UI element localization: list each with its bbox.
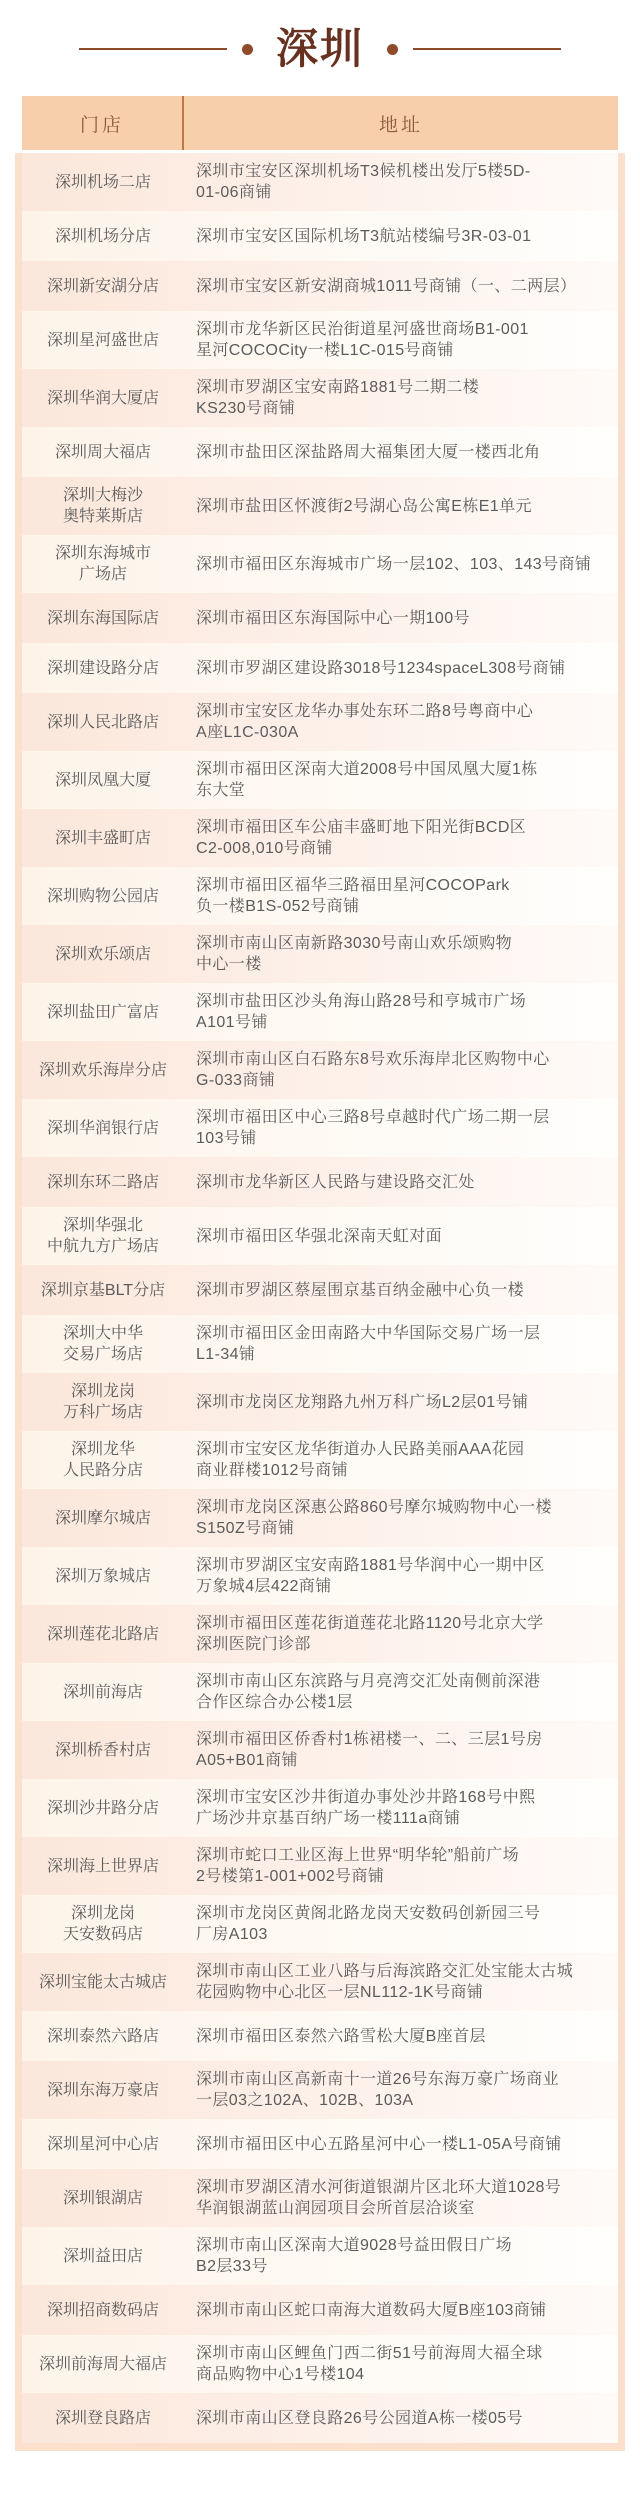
- store-address-cell: 深圳市南山区工业八路与后海滨路交汇处宝能太古城 花园购物中心北区一层NL112-…: [184, 1953, 618, 2011]
- store-address-cell: 深圳市南山区东滨路与月亮湾交汇处南侧前深港 合作区综合办公楼1层: [184, 1663, 618, 1721]
- store-name-cell: 深圳机场二店: [22, 153, 184, 211]
- table-row: 深圳华润大厦店深圳市罗湖区宝安南路1881号二期二楼 KS230号商铺: [22, 369, 618, 427]
- table-row: 深圳周大福店深圳市盐田区深盐路周大福集团大厦一楼西北角: [22, 427, 618, 477]
- table-row: 深圳桥香村店深圳市福田区侨香村1栋裙楼一、二、三层1号房 A05+B01商铺: [22, 1721, 618, 1779]
- table-row: 深圳华润银行店深圳市福田区中心三路8号卓越时代广场二期一层 103号铺: [22, 1099, 618, 1157]
- store-name-cell: 深圳机场分店: [22, 211, 184, 261]
- table-row: 深圳东海万豪店深圳市南山区高新南十一道26号东海万豪广场商业 一层03之102A…: [22, 2061, 618, 2119]
- table-row: 深圳前海周大福店深圳市南山区鲤鱼门西二街51号前海周大福全球 商品购物中心1号楼…: [22, 2335, 618, 2393]
- table-row: 深圳龙岗 天安数码店深圳市龙岗区黄阁北路龙岗天安数码创新园三号 厂房A103: [22, 1895, 618, 1953]
- store-address-cell: 深圳市宝安区国际机场T3航站楼编号3R-03-01: [184, 211, 618, 261]
- store-address-cell: 深圳市罗湖区宝安南路1881号二期二楼 KS230号商铺: [184, 369, 618, 427]
- store-name-cell: 深圳建设路分店: [22, 643, 184, 693]
- store-name-cell: 深圳新安湖分店: [22, 261, 184, 311]
- table-row: 深圳登良路店深圳市南山区登良路26号公园道A栋一楼05号: [22, 2393, 618, 2443]
- store-address-cell: 深圳市宝安区深圳机场T3候机楼出发厅5楼5D- 01-06商铺: [184, 153, 618, 211]
- table-row: 深圳招商数码店深圳市南山区蛇口南海大道数码大厦B座103商铺: [22, 2285, 618, 2335]
- store-address-cell: 深圳市龙华新区人民路与建设路交汇处: [184, 1157, 618, 1207]
- store-address-cell: 深圳市南山区高新南十一道26号东海万豪广场商业 一层03之102A、102B、1…: [184, 2061, 618, 2119]
- store-address-cell: 深圳市盐田区怀渡街2号湖心岛公寓E栋E1单元: [184, 477, 618, 535]
- store-name-cell: 深圳东海国际店: [22, 593, 184, 643]
- store-name-cell: 深圳东海万豪店: [22, 2061, 184, 2119]
- table-row: 深圳万象城店深圳市罗湖区宝安南路1881号华润中心一期中区 万象城4层422商铺: [22, 1547, 618, 1605]
- table-row: 深圳前海店深圳市南山区东滨路与月亮湾交汇处南侧前深港 合作区综合办公楼1层: [22, 1663, 618, 1721]
- store-name-cell: 深圳华润大厦店: [22, 369, 184, 427]
- table-row: 深圳新安湖分店深圳市宝安区新安湖商城1011号商铺（一、二两层）: [22, 261, 618, 311]
- store-address-cell: 深圳市盐田区深盐路周大福集团大厦一楼西北角: [184, 427, 618, 477]
- store-address-cell: 深圳市南山区深南大道9028号益田假日广场 B2层33号: [184, 2227, 618, 2285]
- store-name-cell: 深圳前海店: [22, 1663, 184, 1721]
- table-row: 深圳大梅沙 奥特莱斯店深圳市盐田区怀渡街2号湖心岛公寓E栋E1单元: [22, 477, 618, 535]
- store-address-cell: 深圳市福田区莲花街道莲花北路1120号北京大学 深圳医院门诊部: [184, 1605, 618, 1663]
- column-header-address: 地址: [184, 96, 618, 150]
- store-address-cell: 深圳市福田区金田南路大中华国际交易广场一层 L1-34铺: [184, 1315, 618, 1373]
- store-address-cell: 深圳市罗湖区建设路3018号1234spaceL308号商铺: [184, 643, 618, 693]
- store-address-cell: 深圳市南山区鲤鱼门西二街51号前海周大福全球 商品购物中心1号楼104: [184, 2335, 618, 2393]
- store-address-cell: 深圳市盐田区沙头角海山路28号和亨城市广场 A101号铺: [184, 983, 618, 1041]
- store-address-cell: 深圳市宝安区新安湖商城1011号商铺（一、二两层）: [184, 261, 618, 311]
- table-row: 深圳龙岗 万科广场店深圳市龙岗区龙翔路九州万科广场L2层01号铺: [22, 1373, 618, 1431]
- title-left-line: [79, 48, 227, 50]
- store-name-cell: 深圳泰然六路店: [22, 2011, 184, 2061]
- store-name-cell: 深圳招商数码店: [22, 2285, 184, 2335]
- store-name-cell: 深圳京基BLT分店: [22, 1265, 184, 1315]
- store-name-cell: 深圳沙井路分店: [22, 1779, 184, 1837]
- table-row: 深圳龙华 人民路分店深圳市宝安区龙华街道办人民路美丽AAA花园 商业群楼1012…: [22, 1431, 618, 1489]
- store-address-cell: 深圳市福田区东海城市广场一层102、103、143号商铺: [184, 535, 618, 593]
- store-address-cell: 深圳市南山区南新路3030号南山欢乐颂购物 中心一楼: [184, 925, 618, 983]
- store-name-cell: 深圳星河盛世店: [22, 311, 184, 369]
- table-row: 深圳建设路分店深圳市罗湖区建设路3018号1234spaceL308号商铺: [22, 643, 618, 693]
- table-row: 深圳泰然六路店深圳市福田区泰然六路雪松大厦B座首层: [22, 2011, 618, 2061]
- store-address-cell: 深圳市宝安区沙井街道办事处沙井路168号中熙 广场沙井京基百纳广场一楼111a商…: [184, 1779, 618, 1837]
- store-address-cell: 深圳市南山区白石路东8号欢乐海岸北区购物中心 G-033商铺: [184, 1041, 618, 1099]
- store-address-cell: 深圳市宝安区龙华街道办人民路美丽AAA花园 商业群楼1012号商铺: [184, 1431, 618, 1489]
- store-name-cell: 深圳摩尔城店: [22, 1489, 184, 1547]
- store-name-cell: 深圳银湖店: [22, 2169, 184, 2227]
- store-address-cell: 深圳市福田区中心五路星河中心一楼L1-05A号商铺: [184, 2119, 618, 2169]
- store-address-cell: 深圳市福田区东海国际中心一期100号: [184, 593, 618, 643]
- city-title: 深圳: [276, 26, 364, 72]
- table-row: 深圳人民北路店深圳市宝安区龙华办事处东环二路8号粤商中心 A座L1C-030A: [22, 693, 618, 751]
- table-row: 深圳沙井路分店深圳市宝安区沙井街道办事处沙井路168号中熙 广场沙井京基百纳广场…: [22, 1779, 618, 1837]
- shenzhen-store-list-page: 深圳 门店 地址 深圳机场二店深圳市宝安区深圳机场T3候机楼出发厅5楼5D- 0…: [0, 0, 640, 2451]
- store-name-cell: 深圳凤凰大厦: [22, 751, 184, 809]
- table-row: 深圳星河中心店深圳市福田区中心五路星河中心一楼L1-05A号商铺: [22, 2119, 618, 2169]
- column-header-store: 门店: [22, 96, 184, 150]
- table-row: 深圳东海国际店深圳市福田区东海国际中心一期100号: [22, 593, 618, 643]
- table-row: 深圳购物公园店深圳市福田区福华三路福田星河COCOPark 负一楼B1S-052…: [22, 867, 618, 925]
- store-address-cell: 深圳市南山区登良路26号公园道A栋一楼05号: [184, 2393, 618, 2443]
- table-row: 深圳盐田广富店深圳市盐田区沙头角海山路28号和亨城市广场 A101号铺: [22, 983, 618, 1041]
- table-row: 深圳凤凰大厦深圳市福田区深南大道2008号中国凤凰大厦1栋 东大堂: [22, 751, 618, 809]
- store-name-cell: 深圳东环二路店: [22, 1157, 184, 1207]
- store-name-cell: 深圳东海城市 广场店: [22, 535, 184, 593]
- table-row: 深圳机场分店深圳市宝安区国际机场T3航站楼编号3R-03-01: [22, 211, 618, 261]
- store-name-cell: 深圳桥香村店: [22, 1721, 184, 1779]
- store-address-cell: 深圳市罗湖区宝安南路1881号华润中心一期中区 万象城4层422商铺: [184, 1547, 618, 1605]
- store-address-cell: 深圳市福田区泰然六路雪松大厦B座首层: [184, 2011, 618, 2061]
- title-right-dot: [387, 44, 398, 55]
- table-row: 深圳宝能太古城店深圳市南山区工业八路与后海滨路交汇处宝能太古城 花园购物中心北区…: [22, 1953, 618, 2011]
- store-address-cell: 深圳市福田区福华三路福田星河COCOPark 负一楼B1S-052号商铺: [184, 867, 618, 925]
- title-right-line: [413, 48, 561, 50]
- table-row: 深圳欢乐海岸分店深圳市南山区白石路东8号欢乐海岸北区购物中心 G-033商铺: [22, 1041, 618, 1099]
- store-name-cell: 深圳龙华 人民路分店: [22, 1431, 184, 1489]
- table-row: 深圳京基BLT分店深圳市罗湖区蔡屋围京基百纳金融中心负一楼: [22, 1265, 618, 1315]
- store-name-cell: 深圳人民北路店: [22, 693, 184, 751]
- store-name-cell: 深圳莲花北路店: [22, 1605, 184, 1663]
- table-row: 深圳海上世界店深圳市蛇口工业区海上世界“明华轮”船前广场 2号楼第1-001+0…: [22, 1837, 618, 1895]
- table-row: 深圳星河盛世店深圳市龙华新区民治街道星河盛世商场B1-001 星河COCOCit…: [22, 311, 618, 369]
- store-name-cell: 深圳海上世界店: [22, 1837, 184, 1895]
- table-body-frame: 深圳机场二店深圳市宝安区深圳机场T3候机楼出发厅5楼5D- 01-06商铺深圳机…: [15, 153, 625, 2451]
- store-address-cell: 深圳市福田区华强北深南天虹对面: [184, 1207, 618, 1265]
- table-row: 深圳大中华 交易广场店深圳市福田区金田南路大中华国际交易广场一层 L1-34铺: [22, 1315, 618, 1373]
- store-name-cell: 深圳龙岗 天安数码店: [22, 1895, 184, 1953]
- table-row: 深圳莲花北路店深圳市福田区莲花街道莲花北路1120号北京大学 深圳医院门诊部: [22, 1605, 618, 1663]
- store-name-cell: 深圳华强北 中航九方广场店: [22, 1207, 184, 1265]
- store-name-cell: 深圳登良路店: [22, 2393, 184, 2443]
- title-left-dot: [242, 44, 253, 55]
- store-name-cell: 深圳欢乐颂店: [22, 925, 184, 983]
- store-address-cell: 深圳市南山区蛇口南海大道数码大厦B座103商铺: [184, 2285, 618, 2335]
- store-address-cell: 深圳市龙华新区民治街道星河盛世商场B1-001 星河COCOCity一楼L1C-…: [184, 311, 618, 369]
- table-row: 深圳东海城市 广场店深圳市福田区东海城市广场一层102、103、143号商铺: [22, 535, 618, 593]
- store-name-cell: 深圳万象城店: [22, 1547, 184, 1605]
- store-name-cell: 深圳大梅沙 奥特莱斯店: [22, 477, 184, 535]
- store-address-cell: 深圳市龙岗区黄阁北路龙岗天安数码创新园三号 厂房A103: [184, 1895, 618, 1953]
- table-row: 深圳机场二店深圳市宝安区深圳机场T3候机楼出发厅5楼5D- 01-06商铺: [22, 153, 618, 211]
- store-address-cell: 深圳市福田区深南大道2008号中国凤凰大厦1栋 东大堂: [184, 751, 618, 809]
- store-name-cell: 深圳前海周大福店: [22, 2335, 184, 2393]
- city-title-banner: 深圳: [0, 0, 640, 96]
- table-header-row: 门店 地址: [22, 96, 618, 150]
- store-address-cell: 深圳市罗湖区蔡屋围京基百纳金融中心负一楼: [184, 1265, 618, 1315]
- store-address-cell: 深圳市蛇口工业区海上世界“明华轮”船前广场 2号楼第1-001+002号商铺: [184, 1837, 618, 1895]
- store-address-cell: 深圳市福田区侨香村1栋裙楼一、二、三层1号房 A05+B01商铺: [184, 1721, 618, 1779]
- store-name-cell: 深圳益田店: [22, 2227, 184, 2285]
- table-row: 深圳丰盛町店深圳市福田区车公庙丰盛町地下阳光街BCD区 C2-008,010号商…: [22, 809, 618, 867]
- store-name-cell: 深圳星河中心店: [22, 2119, 184, 2169]
- table-row: 深圳银湖店深圳市罗湖区清水河街道银湖片区北环大道1028号 华润银湖蓝山润园项目…: [22, 2169, 618, 2227]
- table-row: 深圳欢乐颂店深圳市南山区南新路3030号南山欢乐颂购物 中心一楼: [22, 925, 618, 983]
- table-row: 深圳东环二路店深圳市龙华新区人民路与建设路交汇处: [22, 1157, 618, 1207]
- store-name-cell: 深圳大中华 交易广场店: [22, 1315, 184, 1373]
- store-name-cell: 深圳购物公园店: [22, 867, 184, 925]
- store-name-cell: 深圳盐田广富店: [22, 983, 184, 1041]
- store-address-cell: 深圳市福田区中心三路8号卓越时代广场二期一层 103号铺: [184, 1099, 618, 1157]
- store-name-cell: 深圳华润银行店: [22, 1099, 184, 1157]
- store-address-cell: 深圳市罗湖区清水河街道银湖片区北环大道1028号 华润银湖蓝山润园项目会所首层洽…: [184, 2169, 618, 2227]
- store-address-cell: 深圳市福田区车公庙丰盛町地下阳光街BCD区 C2-008,010号商铺: [184, 809, 618, 867]
- table-body: 深圳机场二店深圳市宝安区深圳机场T3候机楼出发厅5楼5D- 01-06商铺深圳机…: [22, 153, 618, 2443]
- store-name-cell: 深圳宝能太古城店: [22, 1953, 184, 2011]
- table-row: 深圳益田店深圳市南山区深南大道9028号益田假日广场 B2层33号: [22, 2227, 618, 2285]
- store-name-cell: 深圳欢乐海岸分店: [22, 1041, 184, 1099]
- store-name-cell: 深圳龙岗 万科广场店: [22, 1373, 184, 1431]
- store-address-cell: 深圳市龙岗区龙翔路九州万科广场L2层01号铺: [184, 1373, 618, 1431]
- store-name-cell: 深圳周大福店: [22, 427, 184, 477]
- table-row: 深圳摩尔城店深圳市龙岗区深惠公路860号摩尔城购物中心一楼 S150Z号商铺: [22, 1489, 618, 1547]
- store-table: 门店 地址 深圳机场二店深圳市宝安区深圳机场T3候机楼出发厅5楼5D- 01-0…: [15, 96, 625, 2451]
- store-address-cell: 深圳市宝安区龙华办事处东环二路8号粤商中心 A座L1C-030A: [184, 693, 618, 751]
- store-name-cell: 深圳丰盛町店: [22, 809, 184, 867]
- store-address-cell: 深圳市龙岗区深惠公路860号摩尔城购物中心一楼 S150Z号商铺: [184, 1489, 618, 1547]
- table-row: 深圳华强北 中航九方广场店深圳市福田区华强北深南天虹对面: [22, 1207, 618, 1265]
